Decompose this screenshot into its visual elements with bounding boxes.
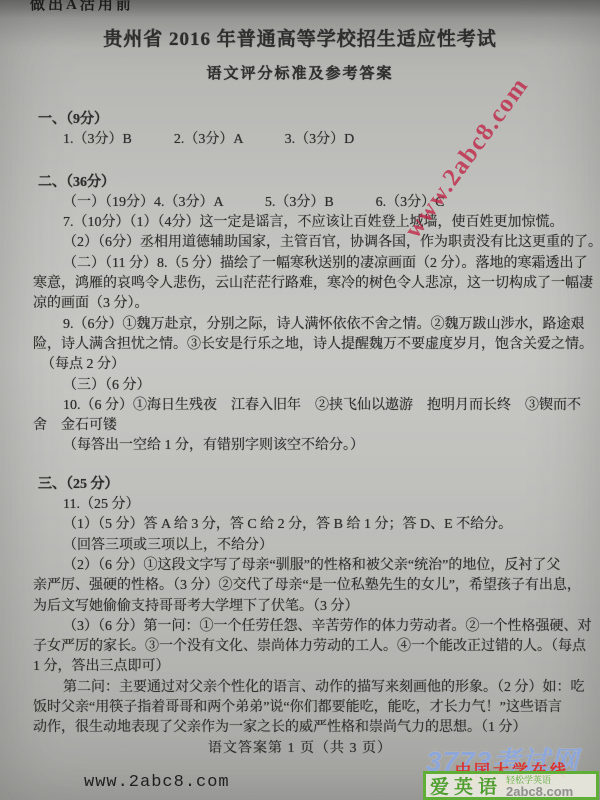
watermark-green-box: 爱英语 轻松学英语 2abc8.com xyxy=(423,771,599,800)
corner-cropped-text: 做出A活用前 xyxy=(30,0,134,14)
text-line: 险，诗人满含担忧之情。③长安是行乐之地，诗人提醒魏万不要虚度岁月，饱含关爱之情。 xyxy=(33,335,574,355)
text-line: 三、（25 分） xyxy=(38,475,574,495)
page-title: 贵州省 2016 年普通高等学校招生适应性考试 xyxy=(0,24,600,51)
text-line: 舍 金石可镂 xyxy=(33,416,574,436)
text-line: （2）（6 分）①这段文字写了母亲“驯服”的性格和被父亲“统治”的地位，反衬了父 xyxy=(63,556,574,576)
text-line: 1 分，答出三点即可） xyxy=(33,657,574,677)
text-line: 动作，很生动地表现了父亲作为一家之长的威严性格和崇尚气力的思想。（1 分） xyxy=(33,718,574,738)
text-line: 10.（6 分）①海日生残夜 江春入旧年 ②挟飞仙以遨游 抱明月而长终 ③锲而不 xyxy=(63,396,574,416)
text-line: （每答出一空给 1 分，有错别字则该空不给分。） xyxy=(63,436,574,456)
watermark-green-box-right: 轻松学英语 2abc8.com xyxy=(506,776,573,798)
text-line: 二、（36分） xyxy=(38,173,574,193)
scanned-document-page: 做出A活用前 贵州省 2016 年普通高等学校招生适应性考试 语文评分标准及参考… xyxy=(0,0,600,800)
text-line: 7.（10分）（1）（4分）这一定是谣言，不应该让百姓登上城墙，使百姓更加惊慌。 xyxy=(63,213,574,233)
text-line: 寒意，鸿雁的哀鸣令人悲伤，云山茫茫行路难，寒冷的树色令人悲凉，这一切构成了一幅凄 xyxy=(33,274,574,294)
text-line: 9.（6分）①魏万赴京，分别之际，诗人满怀依依不舍之情。②魏万跋山涉水，路途艰 xyxy=(63,315,574,335)
text-line: （一）（19分）4.（3分）A 5.（3分）B 6.（3分）C xyxy=(63,193,574,213)
text-line: （二）（11 分）8.（5 分）描绘了一幅寒秋送别的凄凉画面（2 分）。落地的寒… xyxy=(63,254,574,274)
text-line: 饭时父亲“用筷子指着哥哥和两个弟弟”说“你们都要能吃，能吃，才长力气！”这些语言 xyxy=(33,698,574,718)
bottom-left-url: www.2abc8.com xyxy=(84,773,230,792)
text-line: 11.（25 分） xyxy=(63,495,574,515)
answer-body-text: 一、（9分）1.（3分）B 2.（3分）A 3.（3分）D二、（36分）（一）（… xyxy=(33,110,574,739)
text-line: （1）（5 分）答 A 给 3 分，答 C 给 2 分，答 B 给 1 分；答 … xyxy=(63,515,574,535)
text-line: 子女严厉的家长。③一个没有文化、崇尚体力劳动的工人。④一个能改正过错的人。（每点 xyxy=(33,637,574,657)
text-line: 第二问：主要通过对父亲个性化的语言、动作的描写来刻画他的形象。（2 分）如：吃 xyxy=(63,678,574,698)
text-line: 为后文写她偷偷支持哥哥考大学埋下了伏笔。（3 分） xyxy=(33,597,574,617)
text-line: （每点 2 分） xyxy=(41,355,574,375)
watermark-green-box-title: 爱英语 xyxy=(430,772,502,799)
watermark-green-box-url: 2abc8.com xyxy=(506,785,573,798)
text-line: （3）（6 分）第一问：①一个任劳任怨、辛苦劳作的体力劳动者。②一个性格强硬、对 xyxy=(63,617,574,637)
text-line: （三）（6 分） xyxy=(63,376,574,396)
text-line: （回答三项或三项以上，不给分） xyxy=(63,536,574,556)
text-line: 凉的画面（3 分）。 xyxy=(33,294,574,314)
text-line: （2）（6分）丞相用道德辅助国家，主管百官，协调各国，作为职责没有比这更重的了。 xyxy=(63,233,574,253)
text-line: 亲严厉、强硬的性格。（3 分）②交代了母亲“是一位私塾先生的女儿”，希望孩子有出… xyxy=(33,576,574,596)
